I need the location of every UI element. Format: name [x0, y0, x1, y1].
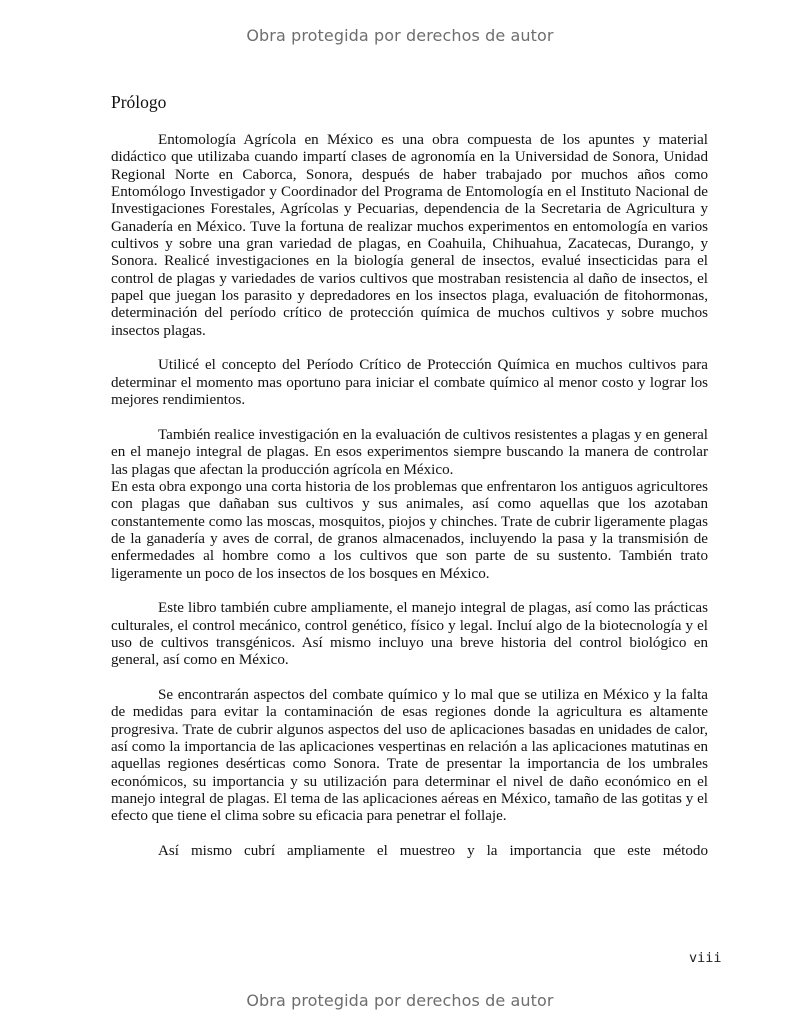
paragraph-sampling: Así mismo cubrí ampliamente el muestreo …: [111, 843, 708, 860]
paragraph-integrated-management: Este libro también cubre ampliamente, el…: [111, 600, 708, 669]
paragraph-chemical-control: Se encontrarán aspectos del combate quím…: [111, 687, 708, 826]
paragraph-critical-period: Utilicé el concepto del Período Crítico …: [111, 357, 708, 409]
copyright-watermark-top: Obra protegida por derechos de autor: [0, 26, 800, 45]
document-page: Prólogo Entomología Agrícola en México e…: [111, 92, 708, 860]
paragraph-intro: Entomología Agrícola en México es una ob…: [111, 132, 708, 340]
paragraph-resistant-crops: También realice investigación en la eval…: [111, 427, 708, 479]
copyright-watermark-bottom: Obra protegida por derechos de autor: [0, 991, 800, 1010]
paragraph-history: En esta obra expongo una corta historia …: [111, 479, 708, 583]
page-number: viii: [689, 950, 722, 966]
page-title: Prólogo: [111, 92, 708, 113]
